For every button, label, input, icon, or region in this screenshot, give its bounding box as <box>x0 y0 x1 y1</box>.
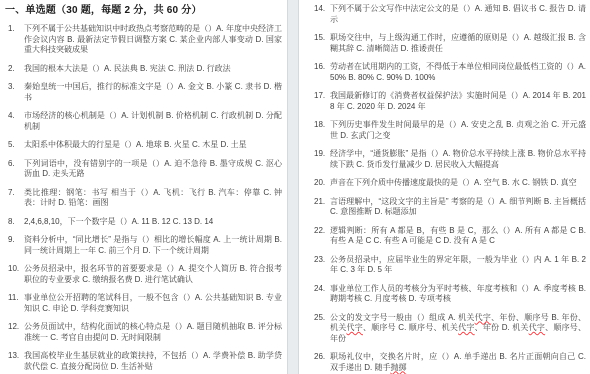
question-number: 5. <box>5 140 24 151</box>
question-text: 职场礼仪中，交换名片时，应（）A. 单手递出 B. 名片正面朝向自己 C. 双手… <box>330 352 586 373</box>
question-text: 逻辑判断：所有 A 都是 B，有些 B 是 C，那么（）A. 所有 A 都是 C… <box>330 226 586 247</box>
question-number: 16. <box>311 62 330 83</box>
question-number: 13. <box>5 351 24 372</box>
question-text: 下列词语中，没有错别字的一项是（）A. 迫不急待 B. 墨守成规 C. 沤心沥血… <box>24 159 282 180</box>
page-right: 14. 下列不属于公文写作中法定公文的是（）A. 通知 B. 倡议书 C. 报告… <box>298 0 590 374</box>
question-item: 19. 经济学中，“通货膨胀” 是指（）A. 物价总水平持续上涨 B. 物价总水… <box>311 149 586 170</box>
question-number: 9. <box>5 235 24 256</box>
question-item: 6. 下列词语中，没有错别字的一项是（）A. 迫不急待 B. 墨守成规 C. 沤… <box>5 159 282 180</box>
question-item: 8. 2,4,6,8,10，下一个数字是（）A. 11 B. 12 C. 13 … <box>5 217 282 228</box>
question-list-right: 14. 下列不属于公文写作中法定公文的是（）A. 通知 B. 倡议书 C. 报告… <box>311 4 586 373</box>
question-text: 公务员面试中，结构化面试的核心特点是（）A. 题目随机抽取 B. 评分标准统一 … <box>24 322 282 343</box>
question-text: 下列不属于公文写作中法定公文的是（）A. 通知 B. 倡议书 C. 报告 D. … <box>330 4 586 25</box>
question-item: 15. 职场交往中，与上级沟通工作时，应遵循的原则是（）A. 越级汇报 B. 含… <box>311 33 586 54</box>
question-list-left: 1. 下列不属于公共基础知识中时政热点考察范畴的是（）A. 年度中央经济工作会议… <box>5 24 282 372</box>
document-view: 一、单选题（30 题，每题 2 分，共 60 分） 1. 下列不属于公共基础知识… <box>0 0 590 374</box>
question-number: 3. <box>5 82 24 103</box>
question-number: 14. <box>311 4 330 25</box>
question-item: 20. 声音在下列介质中传播速度最快的是（）A. 空气 B. 水 C. 钢铁 D… <box>311 178 586 189</box>
question-number: 24. <box>311 284 330 305</box>
question-text: 资料分析中，“同比增长” 是指与（）相比的增长幅度 A. 上一统计周期 B. 同… <box>24 235 282 256</box>
question-text: 事业单位公开招聘的笔试科目，一般不包含（）A. 公共基础知识 B. 专业知识 C… <box>24 293 282 314</box>
question-item: 13. 我国高校毕业生基层就业的政策扶持，不包括（）A. 学费补偿 B. 助学贷… <box>5 351 282 372</box>
question-item: 25. 公文的发文字号一般由（）组成 A. 机关代字、年份、顺序号 B. 年份、… <box>311 313 586 345</box>
question-item: 17. 我国最新修订的《消费者权益保护法》实施时间是（）A. 2014 年 B.… <box>311 91 586 112</box>
question-number: 7. <box>5 188 24 209</box>
question-item: 14. 下列不属于公文写作中法定公文的是（）A. 通知 B. 倡议书 C. 报告… <box>311 4 586 25</box>
question-item: 24. 事业单位工作人员的考核分为平时考核、年度考核和（）A. 季度考核 B. … <box>311 284 586 305</box>
question-item: 7. 类比推理：钢笔：书写 相当于（）A. 飞机：飞行 B. 汽车：停靠 C. … <box>5 188 282 209</box>
question-number: 6. <box>5 159 24 180</box>
question-number: 8. <box>5 217 24 228</box>
question-number: 23. <box>311 255 330 276</box>
question-item: 2. 我国的根本大法是（）A. 民法典 B. 宪法 C. 刑法 D. 行政法 <box>5 64 282 75</box>
question-text: 公文的发文字号一般由（）组成 A. 机关代字、年份、顺序号 B. 年份、机关代字… <box>330 313 586 345</box>
question-text: 事业单位工作人员的考核分为平时考核、年度考核和（）A. 季度考核 B. 聘期考核… <box>330 284 586 305</box>
question-number: 26. <box>311 352 330 373</box>
question-text: 劳动者在试用期内的工资，不得低于本单位相同岗位最低档工资的（）A. 50% B.… <box>330 62 586 83</box>
page-gap <box>289 0 298 374</box>
question-item: 18. 下列历史事件发生时间最早的是（）A. 安史之乱 B. 贞观之治 C. 开… <box>311 120 586 141</box>
question-item: 5. 太阳系中体积最大的行星是（）A. 地球 B. 火星 C. 木星 D. 土星 <box>5 140 282 151</box>
question-item: 26. 职场礼仪中，交换名片时，应（）A. 单手递出 B. 名片正面朝向自己 C… <box>311 352 586 373</box>
question-item: 16. 劳动者在试用期内的工资，不得低于本单位相同岗位最低档工资的（）A. 50… <box>311 62 586 83</box>
question-number: 19. <box>311 149 330 170</box>
question-number: 25. <box>311 313 330 345</box>
question-number: 17. <box>311 91 330 112</box>
question-item: 21. 言语理解中，“这段文字的主旨是” 考察的是（）A. 细节判断 B. 主旨… <box>311 197 586 218</box>
question-item: 4. 市场经济的核心机制是（）A. 计划机制 B. 价格机制 C. 行政机制 D… <box>5 111 282 132</box>
question-number: 2. <box>5 64 24 75</box>
question-text: 我国最新修订的《消费者权益保护法》实施时间是（）A. 2014 年 B. 201… <box>330 91 586 112</box>
question-text: 声音在下列介质中传播速度最快的是（）A. 空气 B. 水 C. 钢铁 D. 真空 <box>330 178 586 189</box>
question-text: 太阳系中体积最大的行星是（）A. 地球 B. 火星 C. 木星 D. 土星 <box>24 140 282 151</box>
question-number: 15. <box>311 33 330 54</box>
question-text: 言语理解中，“这段文字的主旨是” 考察的是（）A. 细节判断 B. 主旨概括 C… <box>330 197 586 218</box>
question-number: 22. <box>311 226 330 247</box>
question-item: 1. 下列不属于公共基础知识中时政热点考察范畴的是（）A. 年度中央经济工作会议… <box>5 24 282 56</box>
question-item: 23. 公务员招录中，应届毕业生的界定年限，一般为毕业（）内 A. 1 年 B.… <box>311 255 586 276</box>
question-text: 公务员招录中，报名环节的首要要求是（）A. 提交个人简历 B. 符合报考职位的专… <box>24 264 282 285</box>
question-text: 我国的根本大法是（）A. 民法典 B. 宪法 C. 刑法 D. 行政法 <box>24 64 282 75</box>
question-text: 下列历史事件发生时间最早的是（）A. 安史之乱 B. 贞观之治 C. 开元盛世 … <box>330 120 586 141</box>
question-item: 3. 秦始皇统一中国后，推行的标准文字是（）A. 金文 B. 小篆 C. 隶书 … <box>5 82 282 103</box>
question-number: 21. <box>311 197 330 218</box>
question-item: 11. 事业单位公开招聘的笔试科目，一般不包含（）A. 公共基础知识 B. 专业… <box>5 293 282 314</box>
question-text: 下列不属于公共基础知识中时政热点考察范畴的是（）A. 年度中央经济工作会议内容 … <box>24 24 282 56</box>
question-text: 我国高校毕业生基层就业的政策扶持，不包括（）A. 学费补偿 B. 助学贷款代偿 … <box>24 351 282 372</box>
page-left: 一、单选题（30 题，每题 2 分，共 60 分） 1. 下列不属于公共基础知识… <box>0 0 288 374</box>
question-item: 9. 资料分析中，“同比增长” 是指与（）相比的增长幅度 A. 上一统计周期 B… <box>5 235 282 256</box>
section-title: 一、单选题（30 题，每题 2 分，共 60 分） <box>5 4 282 17</box>
question-number: 10. <box>5 264 24 285</box>
question-number: 18. <box>311 120 330 141</box>
question-text: 市场经济的核心机制是（）A. 计划机制 B. 价格机制 C. 行政机制 D. 分… <box>24 111 282 132</box>
question-item: 10. 公务员招录中，报名环节的首要要求是（）A. 提交个人简历 B. 符合报考… <box>5 264 282 285</box>
question-item: 12. 公务员面试中，结构化面试的核心特点是（）A. 题目随机抽取 B. 评分标… <box>5 322 282 343</box>
question-text: 类比推理：钢笔：书写 相当于（）A. 飞机：飞行 B. 汽车：停靠 C. 钟表：… <box>24 188 282 209</box>
question-item: 22. 逻辑判断：所有 A 都是 B，有些 B 是 C，那么（）A. 所有 A … <box>311 226 586 247</box>
question-text: 2,4,6,8,10，下一个数字是（）A. 11 B. 12 C. 13 D. … <box>24 217 282 228</box>
question-text: 职场交往中，与上级沟通工作时，应遵循的原则是（）A. 越级汇报 B. 含糊其辞 … <box>330 33 586 54</box>
question-number: 4. <box>5 111 24 132</box>
question-text: 秦始皇统一中国后，推行的标准文字是（）A. 金文 B. 小篆 C. 隶书 D. … <box>24 82 282 103</box>
question-number: 12. <box>5 322 24 343</box>
question-number: 1. <box>5 24 24 56</box>
question-text: 经济学中，“通货膨胀” 是指（）A. 物价总水平持续上涨 B. 物价总水平持续下… <box>330 149 586 170</box>
question-number: 11. <box>5 293 24 314</box>
question-number: 20. <box>311 178 330 189</box>
question-text: 公务员招录中，应届毕业生的界定年限，一般为毕业（）内 A. 1 年 B. 2 年… <box>330 255 586 276</box>
